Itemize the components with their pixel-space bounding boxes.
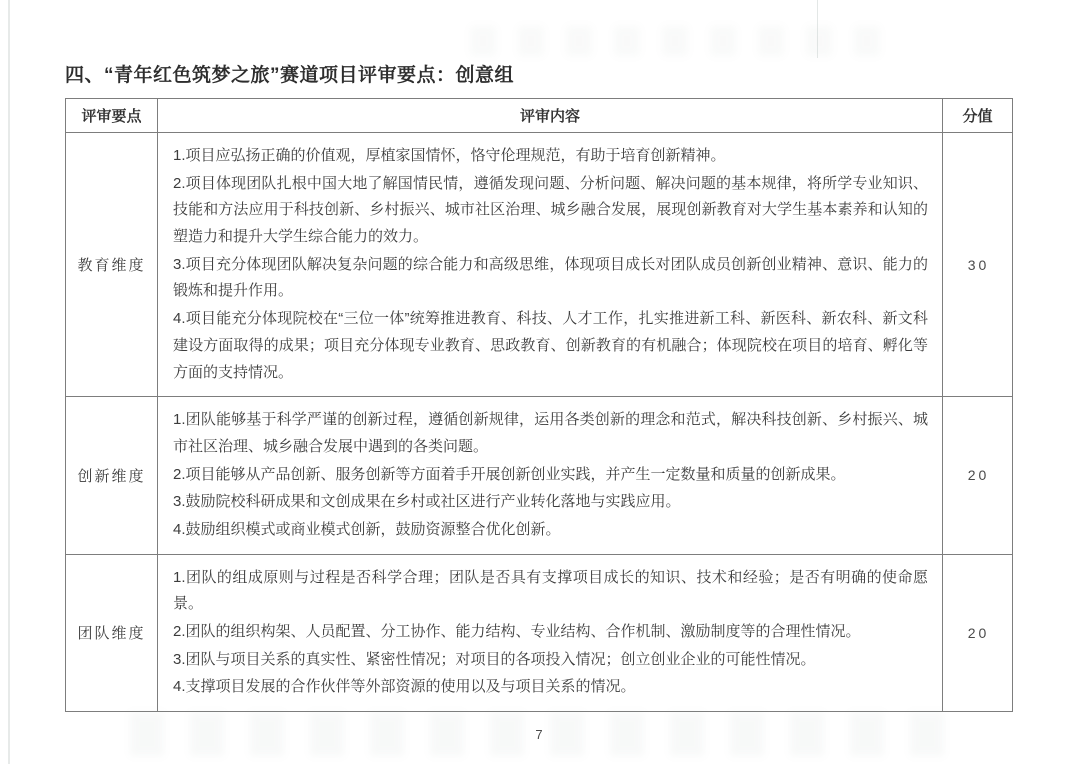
scan-ghost-line	[817, 0, 818, 58]
criteria-item: 2.团队的组织构架、人员配置、分工协作、能力结构、专业结构、合作机制、激励制度等…	[173, 619, 928, 646]
criteria-item: 4.项目能充分体现院校在“三位一体”统筹推进教育、科技、人才工作，扎实推进新工科…	[173, 306, 928, 386]
table-row-team: 团队维度 1.团队的组成原则与过程是否科学合理；团队是否具有支撑项目成长的知识、…	[66, 554, 1013, 711]
scan-ghosting-bottom	[130, 712, 960, 756]
section-title: 四、“青年红色筑梦之旅”赛道项目评审要点：创意组	[65, 60, 1013, 87]
scan-edge-artifact	[8, 0, 10, 764]
criteria-item: 1.项目应弘扬正确的价值观，厚植家国情怀，恪守伦理规范，有助于培育创新精神。	[173, 143, 928, 170]
criteria-item: 3.团队与项目关系的真实性、紧密性情况；对项目的各项投入情况；创立创业企业的可能…	[173, 647, 928, 674]
dimension-label: 团队维度	[66, 554, 158, 711]
criteria-content-cell: 1.项目应弘扬正确的价值观，厚植家国情怀，恪守伦理规范，有助于培育创新精神。 2…	[158, 133, 943, 397]
dimension-label: 教育维度	[66, 133, 158, 397]
criteria-item: 2.项目体现团队扎根中国大地了解国情民情，遵循发现问题、分析问题、解决问题的基本…	[173, 171, 928, 251]
table-row-education: 教育维度 1.项目应弘扬正确的价值观，厚植家国情怀，恪守伦理规范，有助于培育创新…	[66, 133, 1013, 397]
column-header-content: 评审内容	[158, 99, 943, 133]
table-row-innovation: 创新维度 1.团队能够基于科学严谨的创新过程，遵循创新规律，运用各类创新的理念和…	[66, 397, 1013, 554]
criteria-item: 3.鼓励院校科研成果和文创成果在乡村或社区进行产业转化落地与实践应用。	[173, 489, 928, 516]
evaluation-criteria-table: 评审要点 评审内容 分值 教育维度 1.项目应弘扬正确的价值观，厚植家国情怀，恪…	[65, 98, 1013, 712]
score-value: 20	[943, 554, 1013, 711]
criteria-item: 2.项目能够从产品创新、服务创新等方面着手开展创新创业实践，并产生一定数量和质量…	[173, 462, 928, 489]
score-value: 20	[943, 397, 1013, 554]
criteria-content-cell: 1.团队的组成原则与过程是否科学合理；团队是否具有支撑项目成长的知识、技术和经验…	[158, 554, 943, 711]
criteria-item: 4.支撑项目发展的合作伙伴等外部资源的使用以及与项目关系的情况。	[173, 674, 928, 701]
criteria-item: 1.团队的组成原则与过程是否科学合理；团队是否具有支撑项目成长的知识、技术和经验…	[173, 565, 928, 618]
criteria-item: 4.鼓励组织模式或商业模式创新，鼓励资源整合优化创新。	[173, 517, 928, 544]
criteria-item: 3.项目充分体现团队解决复杂问题的综合能力和高级思维，体现项目成长对团队成员创新…	[173, 252, 928, 305]
criteria-content-cell: 1.团队能够基于科学严谨的创新过程，遵循创新规律，运用各类创新的理念和范式，解决…	[158, 397, 943, 554]
criteria-item: 1.团队能够基于科学严谨的创新过程，遵循创新规律，运用各类创新的理念和范式，解决…	[173, 407, 928, 460]
table-header-row: 评审要点 评审内容 分值	[66, 99, 1013, 133]
scan-ghosting-top	[470, 26, 890, 56]
column-header-criteria: 评审要点	[66, 99, 158, 133]
dimension-label: 创新维度	[66, 397, 158, 554]
column-header-score: 分值	[943, 99, 1013, 133]
score-value: 30	[943, 133, 1013, 397]
document-page: 四、“青年红色筑梦之旅”赛道项目评审要点：创意组 评审要点 评审内容 分值 教育…	[65, 60, 1013, 742]
